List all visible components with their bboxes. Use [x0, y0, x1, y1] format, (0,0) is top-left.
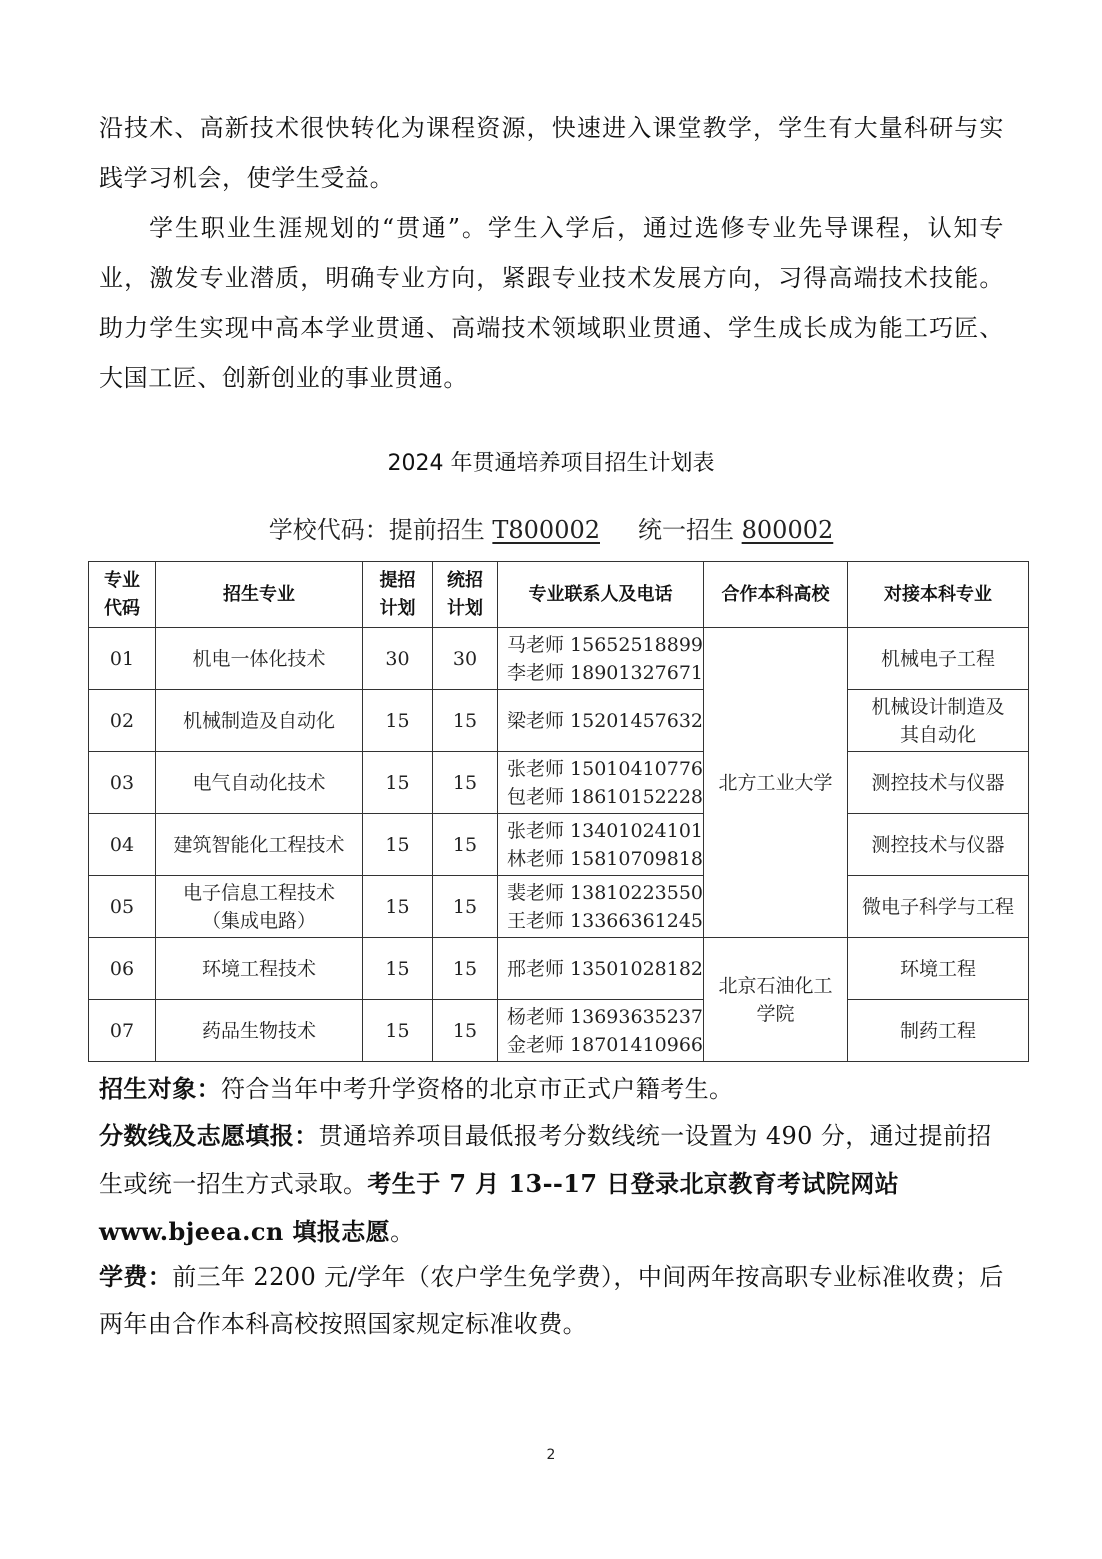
contact-cell: 梁老师 15201457632 — [498, 690, 704, 752]
header-unified-plan: 统招计划 — [433, 562, 498, 628]
table-row: 04 建筑智能化工程技术 15 15 张老师 13401024101林老师 15… — [89, 814, 1029, 876]
contact-cell: 张老师 15010410776包老师 18610152228 — [498, 752, 704, 814]
header-major: 招生专业 — [156, 562, 363, 628]
unified-plan: 15 — [433, 1000, 498, 1062]
unified-plan: 15 — [433, 938, 498, 1000]
page-number: 2 — [0, 1447, 1102, 1463]
header-major-code: 专业代码 — [89, 562, 156, 628]
early-admission-code: T800002 — [492, 516, 600, 544]
unified-plan: 15 — [433, 814, 498, 876]
target-major: 测控技术与仪器 — [848, 814, 1029, 876]
major-code: 02 — [89, 690, 156, 752]
major-name: 环境工程技术 — [156, 938, 363, 1000]
table-row: 06 环境工程技术 15 15 邢老师 13501028182 北京石油化工学院… — [89, 938, 1029, 1000]
table-row: 05 电子信息工程技术（集成电路） 15 15 裴老师 13810223550王… — [89, 876, 1029, 938]
early-plan: 15 — [363, 876, 433, 938]
unified-admission-label: 统一招生 — [638, 516, 742, 544]
target-major: 微电子科学与工程 — [848, 876, 1029, 938]
major-name: 电气自动化技术 — [156, 752, 363, 814]
target-major: 制药工程 — [848, 1000, 1029, 1062]
unified-plan: 15 — [433, 752, 498, 814]
school-code-line: 学校代码：提前招生 T800002统一招生 800002 — [0, 510, 1102, 550]
early-plan: 15 — [363, 814, 433, 876]
major-name: 建筑智能化工程技术 — [156, 814, 363, 876]
major-name: 机电一体化技术 — [156, 628, 363, 690]
target-major: 机械设计制造及其自动化 — [848, 690, 1029, 752]
header-early-plan: 提招计划 — [363, 562, 433, 628]
major-code: 03 — [89, 752, 156, 814]
partner-university: 北方工业大学 — [704, 628, 848, 938]
early-plan: 15 — [363, 1000, 433, 1062]
major-code: 01 — [89, 628, 156, 690]
major-code: 06 — [89, 938, 156, 1000]
intro-paragraph-1: 沿技术、高新技术很快转化为课程资源，快速进入课堂教学，学生有大量科研与实践学习机… — [99, 103, 1004, 203]
intro-paragraph-2: 学生职业生涯规划的“贯通”。学生入学后，通过选修专业先导课程，认知专业，激发专业… — [99, 203, 1004, 403]
early-plan: 15 — [363, 752, 433, 814]
target-major: 环境工程 — [848, 938, 1029, 1000]
early-plan: 15 — [363, 690, 433, 752]
table-row: 01 机电一体化技术 30 30 马老师 15652518899李老师 1890… — [89, 628, 1029, 690]
school-code-label: 学校代码： — [269, 516, 389, 544]
early-admission-label: 提前招生 — [389, 516, 493, 544]
target-major: 测控技术与仪器 — [848, 752, 1029, 814]
unified-admission-code: 800002 — [742, 516, 834, 544]
header-partner-university: 合作本科高校 — [704, 562, 848, 628]
table-row: 03 电气自动化技术 15 15 张老师 15010410776包老师 1861… — [89, 752, 1029, 814]
target-major: 机械电子工程 — [848, 628, 1029, 690]
contact-cell: 马老师 15652518899李老师 18901327671 — [498, 628, 704, 690]
unified-plan: 30 — [433, 628, 498, 690]
header-contact: 专业联系人及电话 — [498, 562, 704, 628]
early-plan: 30 — [363, 628, 433, 690]
tuition-note: 学费：前三年 2200 元/学年（农户学生免学费），中间两年按高职专业标准收费；… — [99, 1254, 1004, 1348]
major-name: 机械制造及自动化 — [156, 690, 363, 752]
major-code: 04 — [89, 814, 156, 876]
table-row: 02 机械制造及自动化 15 15 梁老师 15201457632 机械设计制造… — [89, 690, 1029, 752]
enrollment-target-note: 招生对象：符合当年中考升学资格的北京市正式户籍考生。 — [99, 1066, 1004, 1113]
unified-plan: 15 — [433, 876, 498, 938]
table-row: 07 药品生物技术 15 15 杨老师 13693635237金老师 18701… — [89, 1000, 1029, 1062]
score-and-application-note: 分数线及志愿填报：贯通培养项目最低报考分数线统一设置为 490 分，通过提前招生… — [99, 1113, 1004, 1256]
contact-cell: 张老师 13401024101林老师 15810709818 — [498, 814, 704, 876]
contact-cell: 杨老师 13693635237金老师 18701410966 — [498, 1000, 704, 1062]
partner-university: 北京石油化工学院 — [704, 938, 848, 1062]
major-name: 电子信息工程技术（集成电路） — [156, 876, 363, 938]
table-title: 2024 年贯通培养项目招生计划表 — [0, 446, 1102, 482]
enrollment-plan-table: 专业代码 招生专业 提招计划 统招计划 专业联系人及电话 合作本科高校 对接本科… — [88, 561, 1029, 1062]
unified-plan: 15 — [433, 690, 498, 752]
header-target-major: 对接本科专业 — [848, 562, 1029, 628]
major-code: 05 — [89, 876, 156, 938]
contact-cell: 裴老师 13810223550王老师 13366361245 — [498, 876, 704, 938]
contact-cell: 邢老师 13501028182 — [498, 938, 704, 1000]
major-name: 药品生物技术 — [156, 1000, 363, 1062]
major-code: 07 — [89, 1000, 156, 1062]
table-header-row: 专业代码 招生专业 提招计划 统招计划 专业联系人及电话 合作本科高校 对接本科… — [89, 562, 1029, 628]
early-plan: 15 — [363, 938, 433, 1000]
